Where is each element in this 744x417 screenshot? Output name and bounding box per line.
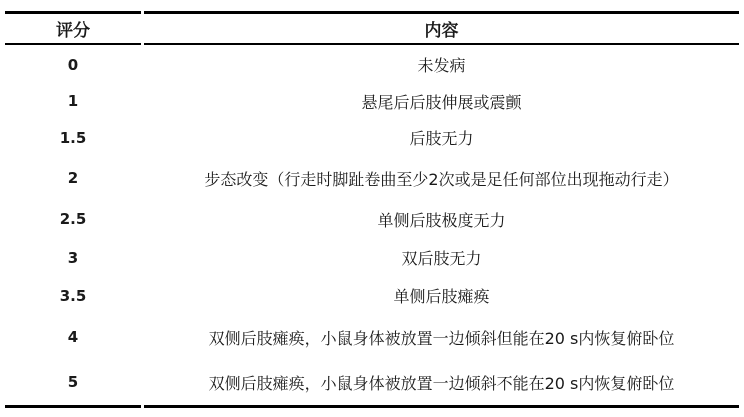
content-cell: 双后肢无力 — [144, 239, 739, 276]
score-cell: 1 — [5, 84, 141, 118]
header-content: 内容 — [144, 11, 739, 45]
content-cell: 后肢无力 — [144, 118, 739, 157]
header-row: 评分 内容 — [5, 11, 739, 45]
content-cell: 悬尾后后肢伸展或震颤 — [144, 84, 739, 118]
content-cell: 步态改变（行走时脚趾卷曲至少2次或是足任何部位出现拖动行走） — [144, 157, 739, 199]
header-score: 评分 — [5, 11, 141, 45]
score-cell: 4 — [5, 315, 141, 359]
score-cell: 3.5 — [5, 276, 141, 315]
table-row: 4 双侧后肢瘫痪，小鼠身体被放置一边倾斜但能在20 s内恢复俯卧位 — [5, 315, 739, 359]
table-row: 1 悬尾后后肢伸展或震颤 — [5, 84, 739, 118]
table-row: 3 双后肢无力 — [5, 239, 739, 276]
table-row: 5 双侧后肢瘫痪，小鼠身体被放置一边倾斜不能在20 s内恢复俯卧位 — [5, 359, 739, 408]
score-table: 评分 内容 0 未发病 1 悬尾后后肢伸展或震颤 1.5 后肢无力 2 步态改变… — [2, 11, 742, 408]
content-cell: 单侧后肢极度无力 — [144, 199, 739, 239]
score-cell: 1.5 — [5, 118, 141, 157]
content-cell: 单侧后肢瘫痪 — [144, 276, 739, 315]
score-cell: 3 — [5, 239, 141, 276]
table-row: 1.5 后肢无力 — [5, 118, 739, 157]
scoring-table-page: 评分 内容 0 未发病 1 悬尾后后肢伸展或震颤 1.5 后肢无力 2 步态改变… — [0, 0, 744, 417]
table-row: 2.5 单侧后肢极度无力 — [5, 199, 739, 239]
score-cell: 2.5 — [5, 199, 141, 239]
content-cell: 双侧后肢瘫痪，小鼠身体被放置一边倾斜但能在20 s内恢复俯卧位 — [144, 315, 739, 359]
score-cell: 2 — [5, 157, 141, 199]
score-cell: 0 — [5, 45, 141, 84]
table-row: 2 步态改变（行走时脚趾卷曲至少2次或是足任何部位出现拖动行走） — [5, 157, 739, 199]
content-cell: 双侧后肢瘫痪，小鼠身体被放置一边倾斜不能在20 s内恢复俯卧位 — [144, 359, 739, 408]
score-cell: 5 — [5, 359, 141, 408]
table-row: 0 未发病 — [5, 45, 739, 84]
content-cell: 未发病 — [144, 45, 739, 84]
table-row: 3.5 单侧后肢瘫痪 — [5, 276, 739, 315]
